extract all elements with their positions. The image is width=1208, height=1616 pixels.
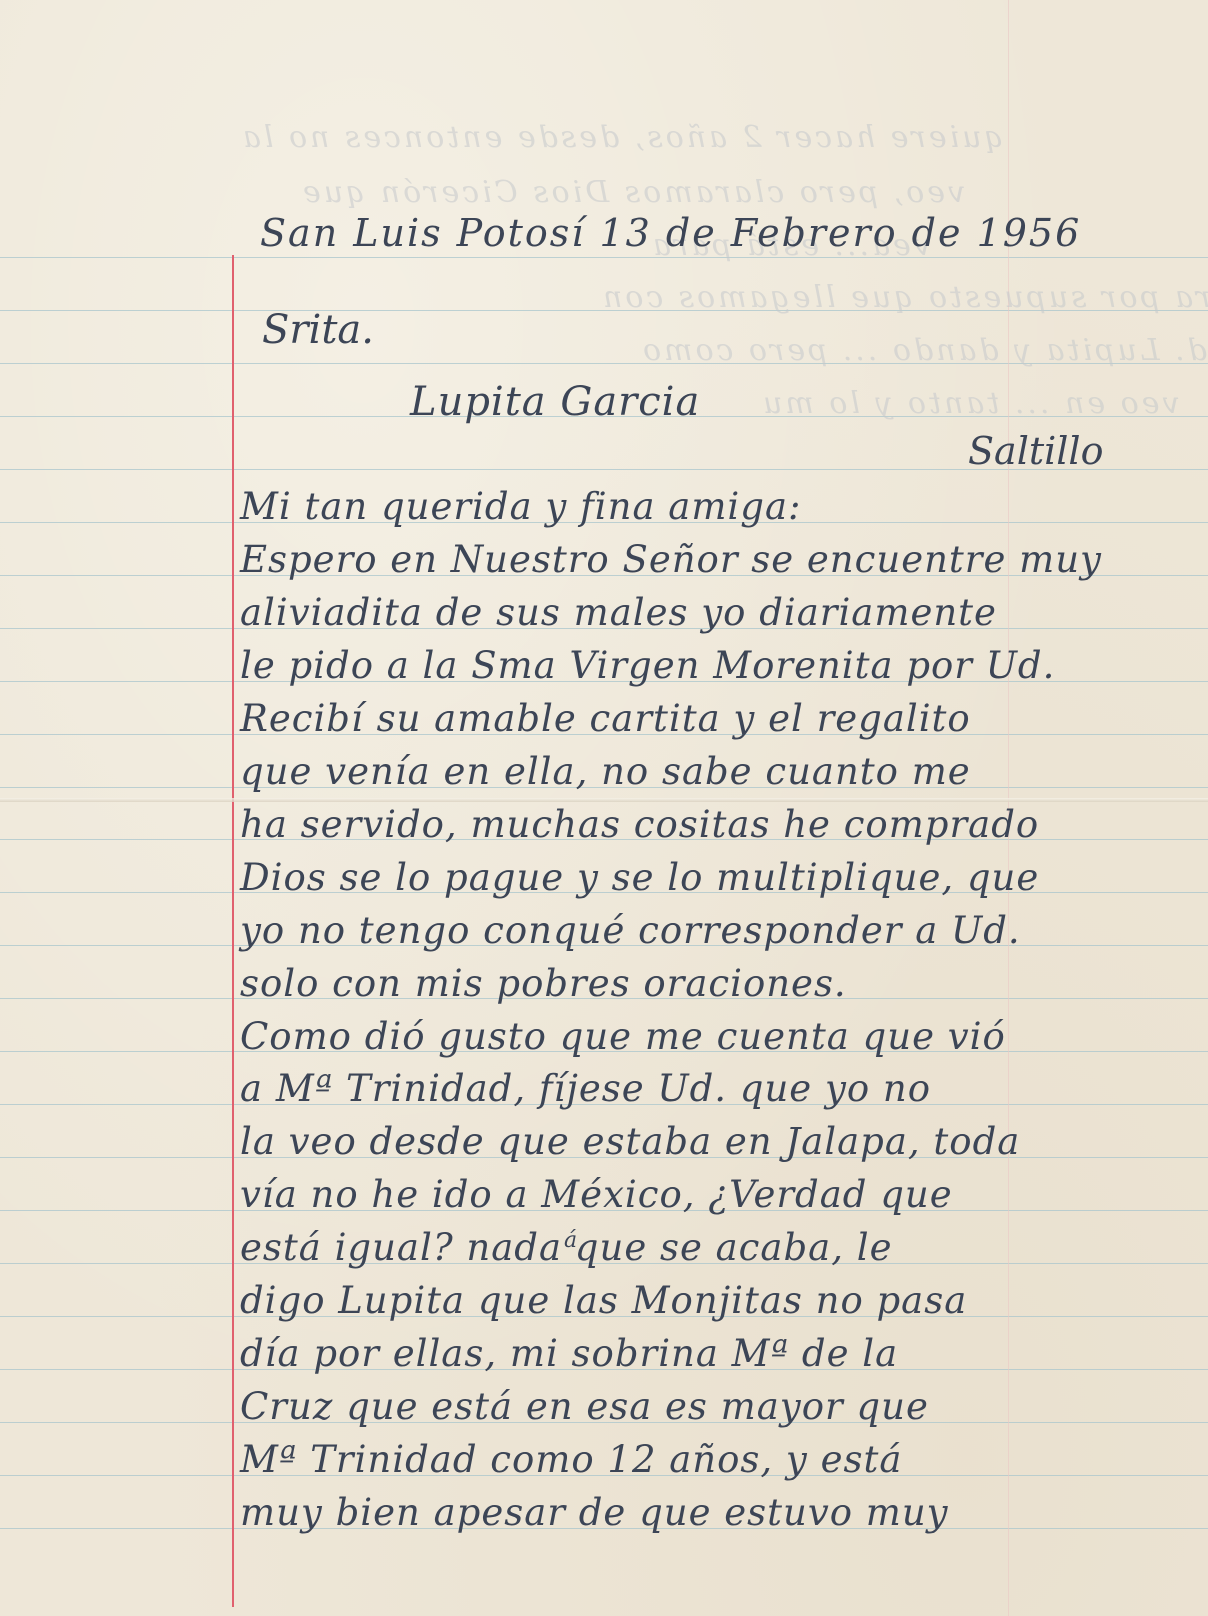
letter-line: Recibí su amable cartita y el regalito bbox=[240, 700, 971, 737]
letter-line: le pido a la Sma Virgen Morenita por Ud. bbox=[240, 647, 1055, 684]
letter-line: solo con mis pobres oraciones. bbox=[240, 965, 847, 1002]
letter-line: Mª Trinidad como 12 años, y está bbox=[240, 1441, 902, 1478]
letter-line: Mi tan querida y fina amiga: bbox=[240, 488, 801, 525]
letter-line: yo no tengo conqué corresponder a Ud. bbox=[240, 912, 1021, 949]
recipient-name: Lupita Garcia bbox=[410, 382, 700, 422]
letter-line: digo Lupita que las Monjitas no pasa bbox=[240, 1282, 967, 1319]
letter-line: la veo desde que estaba en Jalapa, toda bbox=[240, 1123, 1020, 1160]
bleed-through-text: Ud. Lupita y dando ... pero como bbox=[640, 333, 1208, 368]
letter-line: vía no he ido a México, ¿Verdad que bbox=[240, 1176, 953, 1213]
letter-line: Espero en Nuestro Señor se encuentre muy bbox=[240, 541, 1102, 578]
letter-line: Cruz que está en esa es mayor que bbox=[240, 1388, 929, 1425]
fold-crease bbox=[0, 798, 1208, 802]
letter-line: Como dió gusto que me cuenta que vió bbox=[240, 1018, 1006, 1055]
letter-line: ha servido, muchas cositas he comprado bbox=[240, 806, 1039, 843]
bleed-through-text: veo, pero claramos Dios Cicerón que bbox=[300, 175, 965, 210]
letter-line: muy bien apesar de que estuvo muy bbox=[240, 1494, 949, 1531]
bleed-through-text: otra por supuesto que llegamos con bbox=[600, 280, 1208, 315]
rule-line bbox=[0, 257, 1208, 258]
red-margin-line bbox=[232, 255, 234, 1607]
letter-line: que venía en ella, no sabe cuanto me bbox=[240, 753, 971, 790]
salutation-title: Srita. bbox=[262, 310, 374, 350]
place-date: San Luis Potosí 13 de Febrero de 1956 bbox=[260, 214, 1081, 252]
interlinear-note: á bbox=[564, 1230, 577, 1252]
bleed-through-text: quiere hacer 2 años, desde entonces no l… bbox=[240, 120, 1004, 155]
recipient-city: Saltillo bbox=[968, 432, 1103, 470]
letter-line: a Mª Trinidad, fíjese Ud. que yo no bbox=[240, 1070, 931, 1107]
letter-line: aliviadita de sus males yo diariamente bbox=[240, 594, 997, 631]
letter-line: día por ellas, mi sobrina Mª de la bbox=[240, 1335, 898, 1372]
letter-line: Dios se lo pague y se lo multiplique, qu… bbox=[240, 859, 1039, 896]
bleed-through-text: veo en ... tanto y lo mu bbox=[760, 386, 1179, 421]
